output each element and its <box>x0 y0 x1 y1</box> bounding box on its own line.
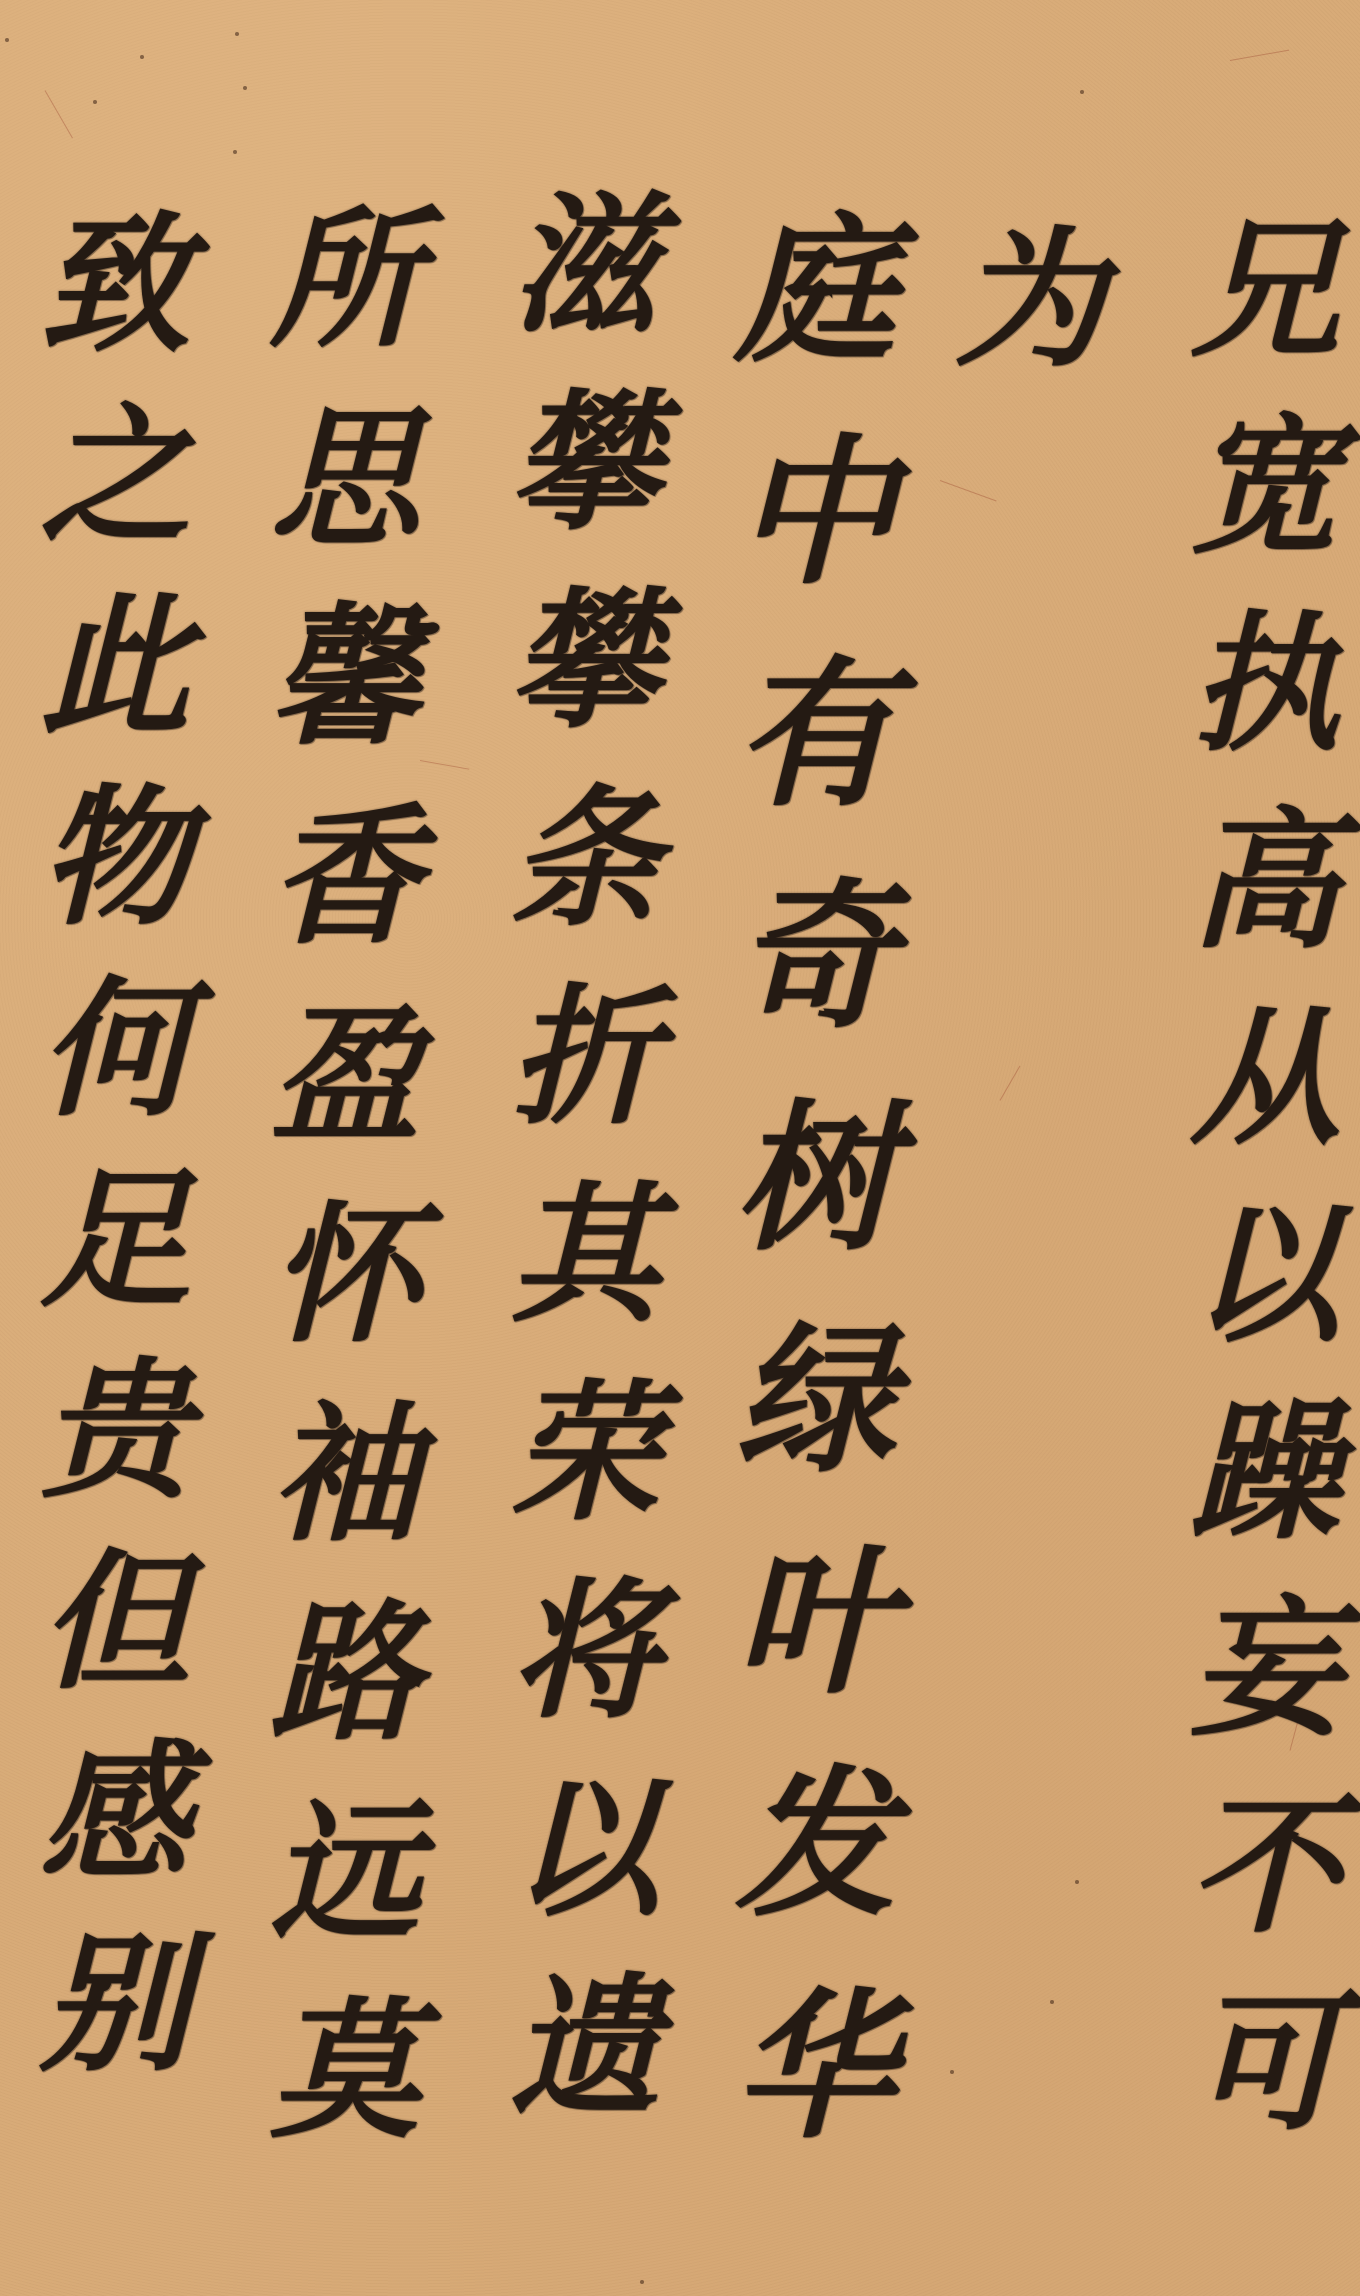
paper-speck <box>140 55 144 59</box>
calligraphy-character: 怀 <box>270 1200 420 1399</box>
calligraphy-character: 莫 <box>270 1996 420 2195</box>
calligraphy-character: 滋 <box>510 190 660 388</box>
calligraphy-character: 馨 <box>270 603 420 802</box>
calligraphy-character: 以 <box>1190 1200 1340 1397</box>
calligraphy-column-6: 致 之 此 物 何 足 贵 但 感 别 <box>25 210 205 2120</box>
calligraphy-character: 遗 <box>510 1972 660 2170</box>
calligraphy-character: 折 <box>510 982 660 1180</box>
calligraphy-character: 贵 <box>40 1356 190 1547</box>
paper-speck <box>5 38 9 42</box>
calligraphy-character: 中 <box>735 432 895 654</box>
calligraphy-character: 绿 <box>735 1320 895 1542</box>
calligraphy-character: 将 <box>510 1576 660 1774</box>
calligraphy-character: 远 <box>270 1797 420 1996</box>
paper-speck <box>1080 90 1084 94</box>
calligraphy-character: 盈 <box>270 1001 420 1200</box>
calligraphy-character: 香 <box>270 802 420 1001</box>
calligraphy-character: 庭 <box>735 210 895 432</box>
paper-fiber <box>45 90 73 138</box>
calligraphy-character: 荣 <box>510 1378 660 1576</box>
calligraphy-character: 为 <box>955 225 1105 395</box>
calligraphy-column-1: 兄 宽 执 高 从 以 躁 妄 不 可 <box>1180 215 1350 2185</box>
calligraphy-character: 其 <box>510 1180 660 1378</box>
calligraphy-column-2: 为 <box>950 225 1110 395</box>
calligraphy-character: 之 <box>40 401 190 592</box>
calligraphy-character: 致 <box>40 210 190 401</box>
calligraphy-character: 树 <box>735 1098 895 1320</box>
calligraphy-character: 袖 <box>270 1399 420 1598</box>
calligraphy-character: 但 <box>40 1547 190 1738</box>
paper-speck <box>243 86 247 90</box>
calligraphy-character: 所 <box>270 205 420 404</box>
calligraphy-character: 感 <box>40 1738 190 1929</box>
calligraphy-character: 有 <box>735 654 895 876</box>
calligraphy-character: 以 <box>510 1774 660 1972</box>
calligraphy-character: 路 <box>270 1598 420 1797</box>
calligraphy-character: 条 <box>510 784 660 982</box>
paper-speck <box>235 32 239 36</box>
calligraphy-character: 躁 <box>1190 1397 1340 1594</box>
paper-speck <box>640 2280 644 2284</box>
calligraphy-character: 此 <box>40 592 190 783</box>
calligraphy-character: 奇 <box>735 876 895 1098</box>
calligraphy-character: 攀 <box>510 586 660 784</box>
paper-speck <box>1050 2000 1054 2004</box>
paper-speck <box>1075 1880 1079 1884</box>
calligraphy-character: 可 <box>1190 1988 1340 2185</box>
calligraphy-column-5: 所 思 馨 香 盈 怀 袖 路 远 莫 <box>255 205 435 2195</box>
calligraphy-character: 兄 <box>1190 215 1340 412</box>
calligraphy-character: 执 <box>1190 609 1340 806</box>
calligraphy-character: 攀 <box>510 388 660 586</box>
calligraphy-character: 高 <box>1190 806 1340 1003</box>
calligraphy-character: 发 <box>735 1764 895 1986</box>
paper-speck <box>233 150 237 154</box>
calligraphy-character: 妄 <box>1190 1594 1340 1791</box>
calligraphy-character: 从 <box>1190 1003 1340 1200</box>
calligraphy-character: 华 <box>735 1986 895 2208</box>
calligraphy-column-3: 庭 中 有 奇 树 绿 叶 发 华 <box>725 210 905 2208</box>
calligraphy-character: 何 <box>40 974 190 1165</box>
paper-fiber <box>1000 1066 1021 1101</box>
calligraphy-character: 足 <box>40 1165 190 1356</box>
calligraphy-character: 叶 <box>735 1542 895 1764</box>
paper-speck <box>93 100 97 104</box>
paper-fiber <box>1230 50 1289 61</box>
calligraphy-character: 不 <box>1190 1791 1340 1988</box>
paper-speck <box>950 2070 954 2074</box>
calligraphy-character: 宽 <box>1190 412 1340 609</box>
calligraphy-column-4: 滋 攀 攀 条 折 其 荣 将 以 遗 <box>495 190 675 2170</box>
calligraphy-character: 思 <box>270 404 420 603</box>
calligraphy-character: 别 <box>40 1929 190 2120</box>
calligraphy-character: 物 <box>40 783 190 974</box>
paper-fiber <box>940 480 997 501</box>
